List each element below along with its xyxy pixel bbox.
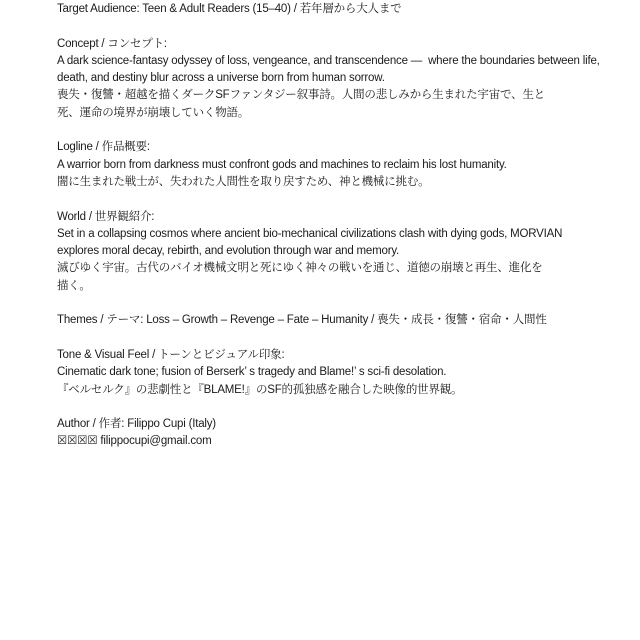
concept-heading: Concept / コンセプト: (57, 36, 617, 53)
section-logline: Logline / 作品概要: A warrior born from dark… (57, 139, 617, 191)
world-heading: World / 世界観紹介: (57, 209, 617, 226)
author-email-line: ☒☒☒☒ filippocupi@gmail.com (57, 433, 617, 450)
section-tone-visual-feel: Tone & Visual Feel / トーンとビジュアル印象: Cinema… (57, 347, 617, 399)
section-target-audience: Target Audience: Teen & Adult Readers (1… (57, 1, 617, 18)
logline-line-en: A warrior born from darkness must confro… (57, 157, 617, 174)
pitch-document: Target Audience: Teen & Adult Readers (1… (57, 1, 617, 451)
world-line-en-2: explores moral decay, rebirth, and evolu… (57, 243, 617, 260)
concept-line-ja-2: 死、運命の境界が崩壊していく物語。 (57, 105, 617, 122)
world-line-ja-1: 滅びゆく宇宙。古代のバイオ機械文明と死にゆく神々の戦いを通じ、道徳の崩壊と再生、… (57, 260, 617, 277)
tone-heading: Tone & Visual Feel / トーンとビジュアル印象: (57, 347, 617, 364)
concept-line-en-1: A dark science-fantasy odyssey of loss, … (57, 53, 617, 70)
concept-line-ja-1: 喪失・復讐・超越を描くダークSFファンタジー叙事詩。人間の悲しみから生まれた宇宙… (57, 87, 617, 104)
author-line: Author / 作者: Filippo Cupi (Italy) (57, 416, 617, 433)
logline-heading: Logline / 作品概要: (57, 139, 617, 156)
section-concept: Concept / コンセプト: A dark science-fantasy … (57, 36, 617, 122)
section-author: Author / 作者: Filippo Cupi (Italy) ☒☒☒☒ f… (57, 416, 617, 451)
world-line-en-1: Set in a collapsing cosmos where ancient… (57, 226, 617, 243)
section-themes: Themes / テーマ: Loss – Growth – Revenge – … (57, 312, 617, 329)
world-line-ja-2: 描く。 (57, 278, 617, 295)
target-audience-line: Target Audience: Teen & Adult Readers (1… (57, 1, 617, 18)
tone-line-ja: 『ベルセルク』の悲劇性と『BLAME!』のSF的孤独感を融合した映像的世界観。 (57, 382, 617, 399)
section-world: World / 世界観紹介: Set in a collapsing cosmo… (57, 209, 617, 295)
logline-line-ja: 闇に生まれた戦士が、失われた人間性を取り戻すため、神と機械に挑む。 (57, 174, 617, 191)
themes-line: Themes / テーマ: Loss – Growth – Revenge – … (57, 312, 617, 329)
tone-line-en: Cinematic dark tone; fusion of Berserk’ … (57, 364, 617, 381)
concept-line-en-2: death, and destiny blur across a univers… (57, 70, 617, 87)
